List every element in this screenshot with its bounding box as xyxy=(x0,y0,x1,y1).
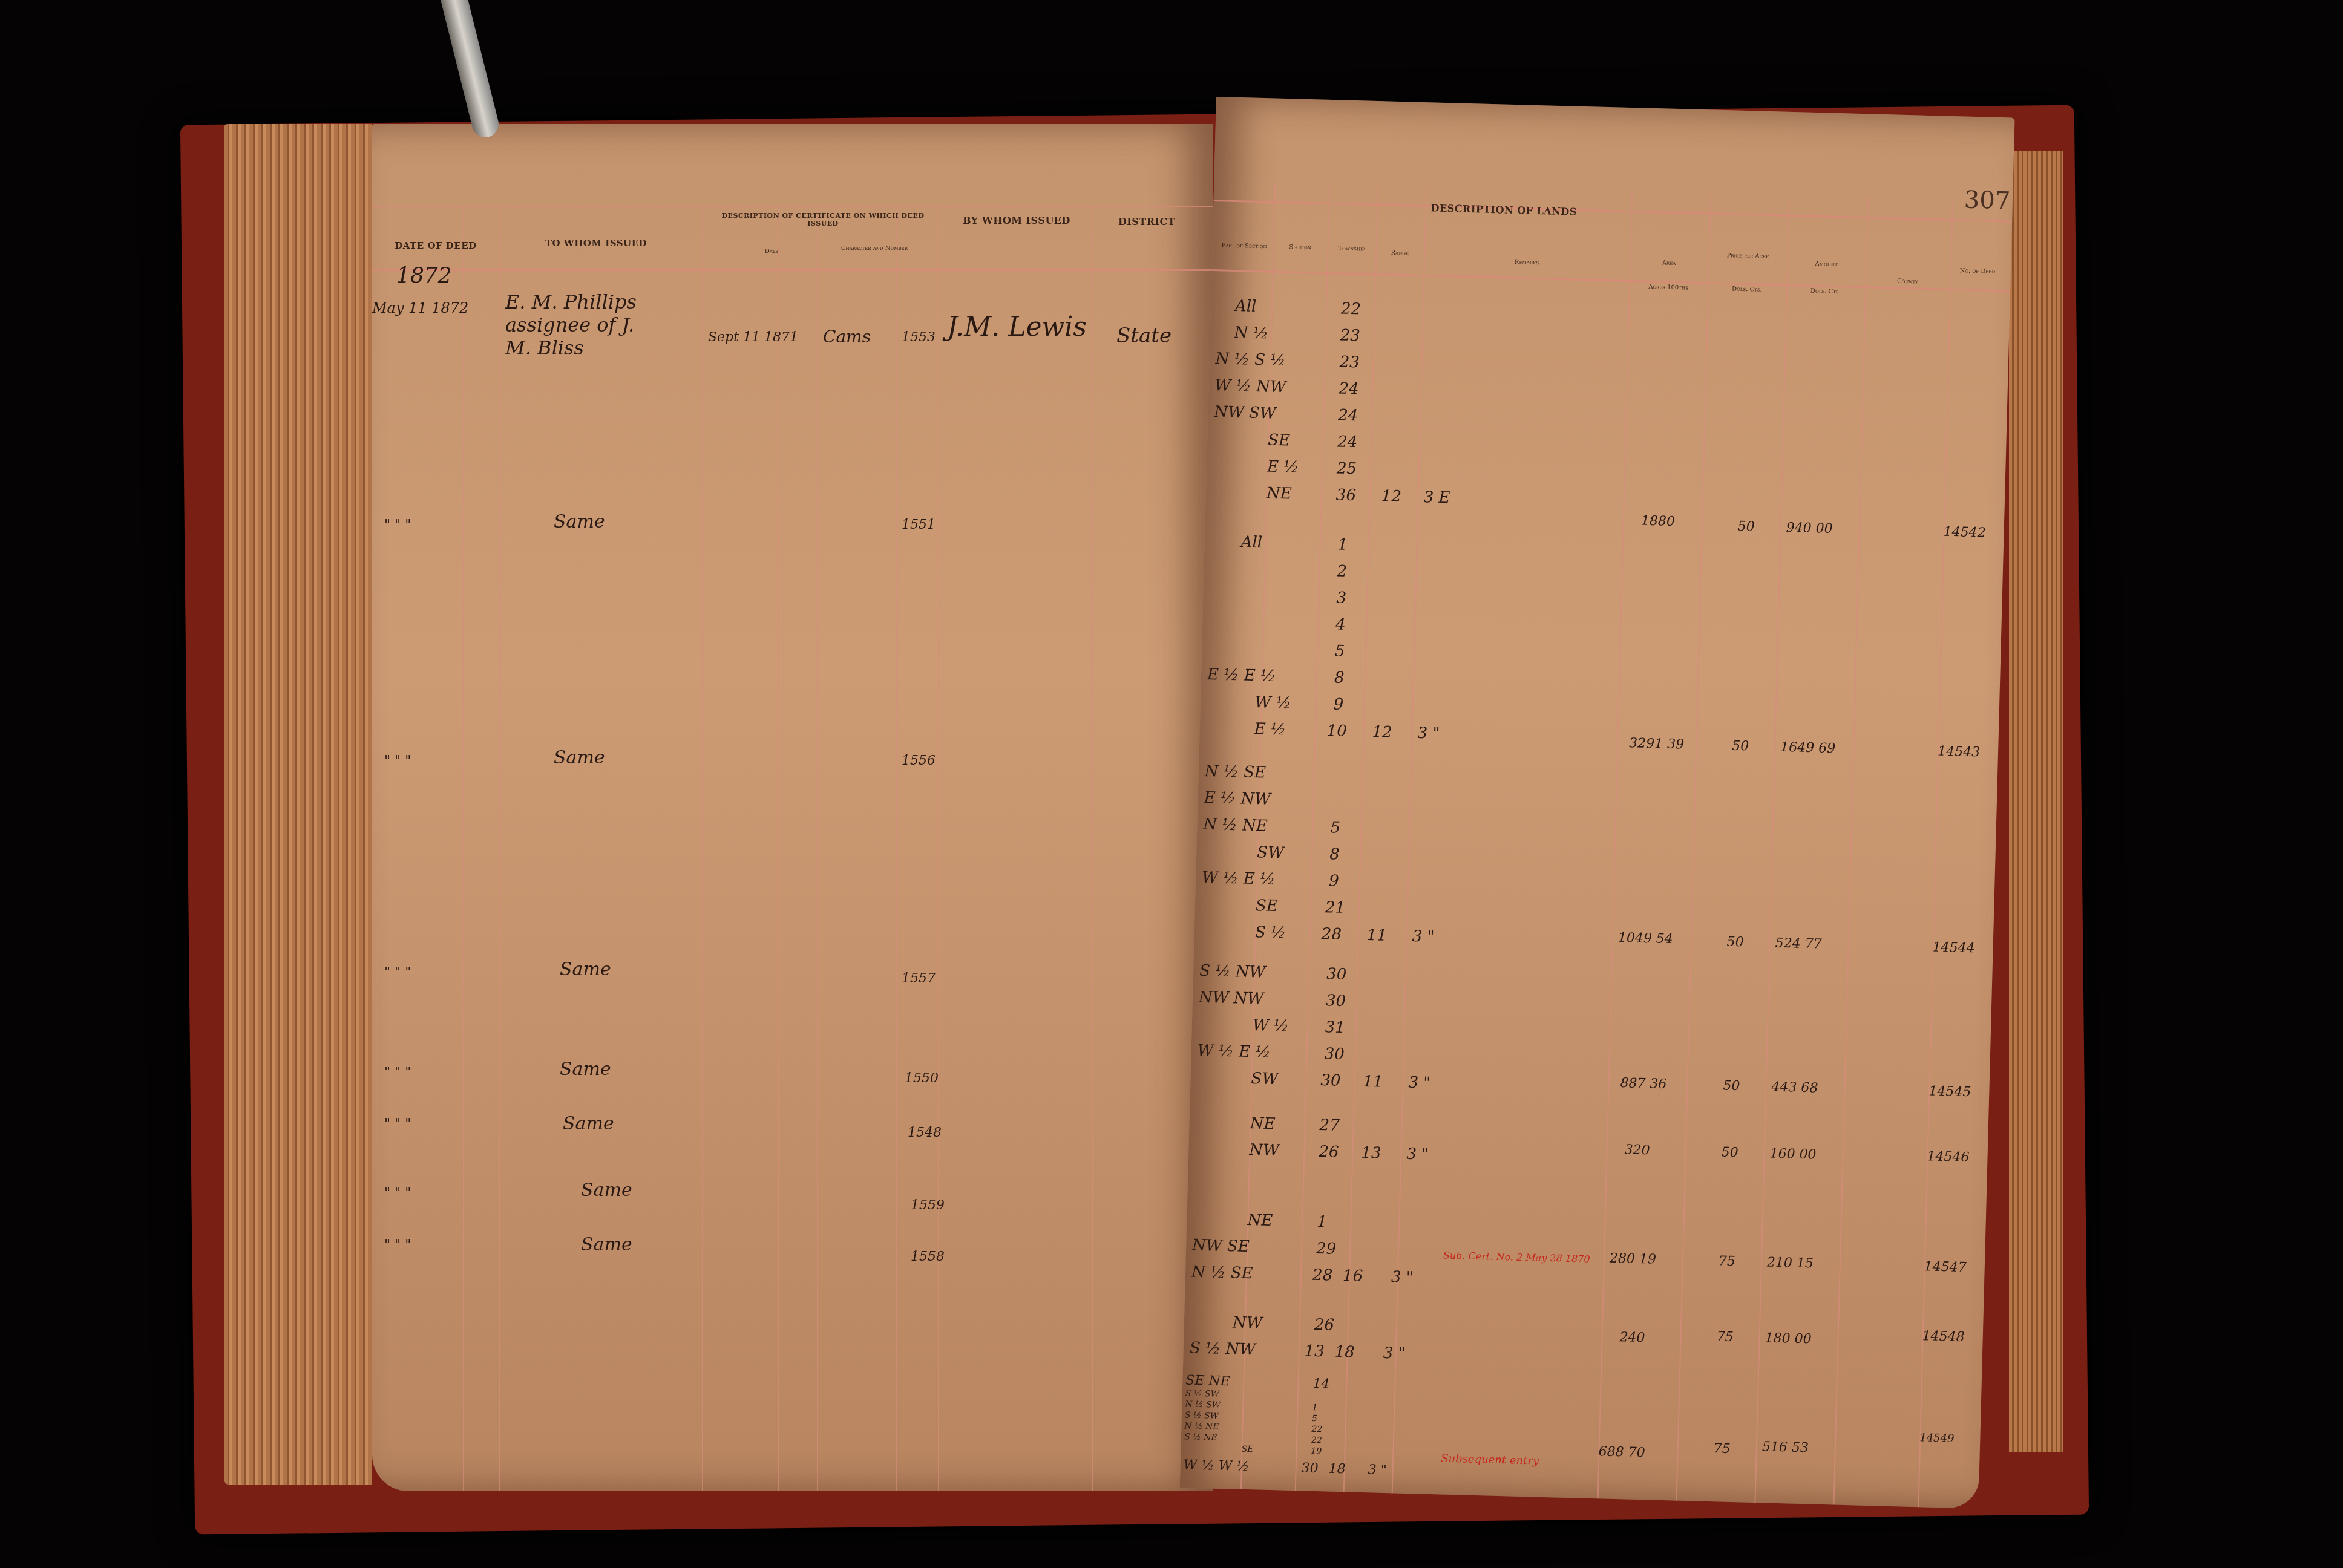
land-section: 30 xyxy=(1326,965,1347,984)
land-part: SE xyxy=(1268,431,1291,449)
land-part: N ½ SE xyxy=(1204,762,1266,782)
land-part: W ½ W ½ xyxy=(1183,1457,1249,1474)
col-header-cert-char-no: Character and Number xyxy=(820,245,929,252)
land-part: W ½ xyxy=(1252,1016,1289,1036)
col-header-amount-sub: Dols. Cts. xyxy=(1789,287,1862,296)
entry-price: 50 xyxy=(1726,935,1744,950)
header-rule-top xyxy=(372,206,1213,207)
land-part: W ½ xyxy=(1254,693,1291,713)
land-section: 31 xyxy=(1325,1018,1345,1037)
entry-amount: 443 68 xyxy=(1771,1080,1818,1096)
entry-cert-char: Cams xyxy=(823,327,871,347)
land-block: NW 26 S ½ NW 13 18 3 " 240 75 180 00 145… xyxy=(1184,1312,1983,1333)
page-number: 307 xyxy=(1964,186,2011,215)
land-part: All xyxy=(1235,297,1257,316)
entry-cert-date: Sept 11 1871 xyxy=(708,330,798,345)
land-range: 3 " xyxy=(1383,1344,1406,1363)
land-section: 24 xyxy=(1338,406,1358,425)
land-part: S ½ NW xyxy=(1189,1339,1256,1359)
land-township: 18 xyxy=(1328,1462,1346,1477)
land-block: S ½ NW 30 NW NW 30 W ½ 31 W ½ E ½ 30 SW … xyxy=(1194,962,1993,983)
entry-deed-no: 14543 xyxy=(1938,744,1981,760)
entry-area: 3291 39 xyxy=(1629,736,1685,752)
land-part: S ½ NW xyxy=(1199,962,1266,982)
col-header-area: Area xyxy=(1636,259,1702,267)
land-part: NW NW xyxy=(1199,988,1264,1008)
entry-price: 50 xyxy=(1732,739,1749,754)
col-header-cert-date: Date xyxy=(747,248,796,255)
land-section: 36 xyxy=(1335,486,1356,505)
land-part: NE xyxy=(1266,484,1292,503)
land-section: 29 xyxy=(1316,1240,1337,1258)
land-section: 27 xyxy=(1319,1116,1340,1135)
entry-amount: 940 00 xyxy=(1786,520,1833,537)
ledger-right-page: 307 Description of Lands Part of Section… xyxy=(1180,97,2015,1509)
land-part: SE NE xyxy=(1185,1373,1230,1389)
ledger-left-page: Date of Deed To Whom Issued Description … xyxy=(372,124,1213,1491)
entry-to-whom: Same xyxy=(581,1234,632,1255)
section-title-description-of-lands: Description of Lands xyxy=(1383,201,1625,219)
header-rule-bottom xyxy=(372,269,1213,271)
entry-deed-no: 14549 xyxy=(1919,1431,1955,1445)
land-block: SE NE 14 S ½ SW N ½ SW 1 S ½ SW 5 N ½ NE… xyxy=(1183,1373,1982,1394)
col-header-district: District xyxy=(1098,216,1195,227)
land-section: 9 xyxy=(1333,695,1343,713)
entry-deed-no: 14547 xyxy=(1924,1259,1967,1275)
land-section: 22 xyxy=(1341,300,1362,319)
land-section: 23 xyxy=(1340,326,1360,345)
land-range: 3 " xyxy=(1408,1074,1431,1093)
entry-date: " " " xyxy=(384,965,411,980)
entry-to-whom: Same xyxy=(554,511,605,532)
entry-cert-no: 1548 xyxy=(908,1125,942,1140)
entry-date: May 11 1872 xyxy=(372,299,468,316)
col-header-price-per-acre: Price per Acre xyxy=(1711,252,1784,261)
land-section: 24 xyxy=(1339,379,1359,398)
land-block: NE 1 NW SE 29 N ½ SE 28 16 3 " Sub. Cert… xyxy=(1187,1209,1986,1230)
land-part: N ½ NE xyxy=(1184,1421,1219,1431)
col-header-amount: Amount xyxy=(1790,260,1863,269)
land-section: 26 xyxy=(1314,1316,1335,1334)
entry-cert-no: 1550 xyxy=(905,1071,939,1086)
land-part: N ½ xyxy=(1234,324,1268,342)
land-range: 3 " xyxy=(1406,1145,1429,1164)
land-township: 12 xyxy=(1372,723,1392,742)
land-block: All 1 2 3 4 5 E ½ E ½ 8 W ½ 9 E ½ 10 12 … xyxy=(1205,532,2004,554)
land-township: 11 xyxy=(1363,1073,1383,1091)
entry-area: 280 19 xyxy=(1610,1251,1657,1267)
entry-to-whom: E. M. Phillips assignee of J. M. Bliss xyxy=(505,290,663,359)
land-part: W ½ E ½ xyxy=(1197,1042,1271,1062)
land-range: 3 " xyxy=(1417,724,1440,743)
land-section: 1 xyxy=(1337,536,1348,554)
col-header-county: County xyxy=(1868,277,1947,286)
land-range: 3 " xyxy=(1391,1268,1414,1287)
land-township: 18 xyxy=(1334,1343,1355,1362)
entry-price: 75 xyxy=(1716,1329,1734,1345)
entry-price: 50 xyxy=(1721,1145,1738,1160)
entry-amount: 210 15 xyxy=(1767,1255,1814,1271)
entry-remarks-red: Subsequent entry xyxy=(1441,1452,1539,1467)
entry-date: " " " xyxy=(384,517,411,532)
land-block: All 22 N ½ 23 N ½ S ½ 23 W ½ NW 24 NW SW… xyxy=(1211,296,2010,318)
entry-cert-no: 1559 xyxy=(911,1198,945,1213)
land-part: E ½ NW xyxy=(1204,789,1271,809)
entry-to-whom: Same xyxy=(554,747,605,768)
land-part: SW xyxy=(1257,843,1284,862)
land-section: 9 xyxy=(1329,872,1339,890)
land-section: 5 xyxy=(1330,818,1340,837)
land-section: 30 xyxy=(1320,1071,1341,1090)
land-section: 8 xyxy=(1329,845,1340,863)
land-section: 26 xyxy=(1319,1143,1339,1161)
entry-deed-no: 14546 xyxy=(1927,1149,1970,1165)
land-section: 22 xyxy=(1311,1425,1322,1434)
land-part: SE xyxy=(1241,1445,1253,1455)
land-part: NW xyxy=(1249,1141,1279,1160)
land-section: 4 xyxy=(1335,615,1346,633)
land-part: SW xyxy=(1251,1070,1278,1088)
entry-area: 688 70 xyxy=(1598,1444,1645,1460)
entry-amount: 160 00 xyxy=(1769,1146,1817,1163)
land-section: 30 xyxy=(1301,1460,1319,1476)
land-section: 19 xyxy=(1311,1446,1322,1456)
land-part: All xyxy=(1240,533,1262,552)
land-section: 28 xyxy=(1321,925,1342,944)
entry-date: " " " xyxy=(384,753,411,768)
land-block: NE 27 NW 26 13 3 " 320 50 160 00 14546 xyxy=(1190,1112,1988,1134)
land-part: W ½ E ½ xyxy=(1202,869,1276,889)
land-section: 30 xyxy=(1324,1045,1345,1063)
land-township: 16 xyxy=(1343,1267,1363,1285)
entry-cert-no: 1558 xyxy=(911,1249,945,1264)
col-header-range: Range xyxy=(1375,249,1424,257)
page-stack-left xyxy=(224,124,372,1485)
land-part: E ½ E ½ xyxy=(1207,665,1276,685)
land-section: 24 xyxy=(1337,433,1358,451)
entry-deed-no: 14548 xyxy=(1922,1328,1965,1345)
land-part: S ½ NE xyxy=(1184,1432,1217,1442)
land-section: 5 xyxy=(1312,1414,1317,1423)
col-header-remarks: Remarks xyxy=(1490,258,1563,267)
entry-to-whom: Same xyxy=(563,1113,614,1134)
land-part: S ½ SW xyxy=(1185,1388,1219,1399)
land-part: NE xyxy=(1250,1114,1276,1133)
land-section: 2 xyxy=(1337,562,1347,580)
entry-price: 75 xyxy=(1719,1253,1736,1269)
entry-price: 75 xyxy=(1713,1441,1731,1457)
land-part: N ½ NE xyxy=(1203,815,1268,835)
land-part: N ½ SE xyxy=(1191,1263,1253,1283)
land-part: NW SW xyxy=(1214,403,1276,423)
land-township: 12 xyxy=(1381,487,1401,506)
page-stack-right xyxy=(2009,151,2063,1452)
entry-date: " " " xyxy=(384,1116,411,1131)
land-section: 25 xyxy=(1337,459,1357,478)
metal-page-clip xyxy=(439,0,501,140)
land-part: N ½ SW xyxy=(1185,1399,1221,1410)
land-part: NW xyxy=(1233,1313,1263,1332)
land-section: 30 xyxy=(1326,991,1346,1010)
entry-deed-no: 14544 xyxy=(1932,939,1975,956)
year-label: 1872 xyxy=(396,263,452,288)
land-part: SE xyxy=(1256,897,1279,915)
entry-deed-no: 14545 xyxy=(1928,1083,1971,1100)
land-township: 11 xyxy=(1366,926,1387,945)
entry-cert-no: 1553 xyxy=(902,330,936,345)
land-part: E ½ xyxy=(1267,457,1299,476)
land-range: 3 " xyxy=(1368,1462,1387,1478)
entry-deed-no: 14542 xyxy=(1943,524,1986,541)
entry-cert-no: 1557 xyxy=(902,971,936,986)
entry-to-whom: Same xyxy=(560,1059,611,1080)
col-header-to-whom-issued: To Whom Issued xyxy=(505,238,687,249)
entry-cert-no: 1556 xyxy=(902,753,936,768)
entry-area: 240 xyxy=(1619,1330,1645,1345)
land-block: N ½ SE E ½ NW N ½ NE 5 SW 8 W ½ E ½ 9 SE… xyxy=(1199,762,1997,783)
col-header-no-of-deed: No. of Deed xyxy=(1953,267,2002,275)
land-section: 23 xyxy=(1339,353,1360,371)
land-section: 22 xyxy=(1311,1436,1322,1445)
land-part: N ½ S ½ xyxy=(1215,350,1286,370)
entry-date: " " " xyxy=(384,1186,411,1201)
entry-by-whom: J.M. Lewis xyxy=(947,312,1087,342)
entry-amount: 524 77 xyxy=(1775,936,1822,952)
land-section: 8 xyxy=(1334,668,1345,687)
land-range: 3 E xyxy=(1423,488,1450,507)
land-range: 3 " xyxy=(1412,927,1435,946)
col-header-by-whom: By Whom Issued xyxy=(941,215,1092,226)
land-section: 1 xyxy=(1312,1403,1317,1413)
entry-amount: 1649 69 xyxy=(1780,740,1836,756)
land-section: 1 xyxy=(1317,1213,1327,1231)
entry-amount: 516 53 xyxy=(1762,1439,1809,1455)
entry-to-whom: Same xyxy=(560,959,611,980)
entry-price: 50 xyxy=(1737,519,1755,535)
land-part: E ½ xyxy=(1254,720,1286,739)
entry-area: 1049 54 xyxy=(1618,930,1674,947)
land-part: W ½ NW xyxy=(1214,376,1286,396)
land-section: 3 xyxy=(1336,589,1346,607)
entry-price: 50 xyxy=(1723,1078,1740,1094)
land-part: S ½ SW xyxy=(1185,1410,1219,1420)
col-header-date-of-deed: Date of Deed xyxy=(390,240,481,251)
land-section: 10 xyxy=(1326,722,1347,740)
col-header-area-sub: Acres 100ths xyxy=(1635,283,1702,292)
entry-district: State xyxy=(1116,324,1171,348)
col-header-price-sub: Dols. Cts. xyxy=(1711,285,1783,293)
land-township: 13 xyxy=(1361,1144,1381,1163)
land-section: 13 xyxy=(1304,1342,1325,1361)
entry-remarks-red: Sub. Cert. No. 2 May 28 1870 xyxy=(1443,1249,1590,1264)
entry-cert-no: 1551 xyxy=(902,517,936,532)
land-part: NE xyxy=(1247,1211,1273,1230)
entry-area: 887 36 xyxy=(1620,1076,1667,1092)
col-header-certificate: Description of Certificate on which Deed… xyxy=(717,212,929,227)
entry-date: " " " xyxy=(384,1065,411,1080)
col-header-part-of-section: Part of Section xyxy=(1215,242,1273,250)
entry-area: 1880 xyxy=(1641,514,1676,529)
entry-amount: 180 00 xyxy=(1765,1330,1812,1347)
col-header-section: Section xyxy=(1276,244,1324,252)
land-section: 5 xyxy=(1335,642,1345,660)
land-section: 21 xyxy=(1325,898,1346,917)
entry-date: " " " xyxy=(384,1237,411,1252)
land-part: S ½ xyxy=(1254,923,1286,942)
entry-to-whom: Same xyxy=(581,1180,632,1201)
land-part: NW SE xyxy=(1192,1236,1250,1256)
col-header-township: Township xyxy=(1327,245,1375,253)
entry-area: 320 xyxy=(1624,1142,1650,1158)
land-section: 28 xyxy=(1312,1266,1333,1285)
land-section: 14 xyxy=(1312,1376,1330,1392)
